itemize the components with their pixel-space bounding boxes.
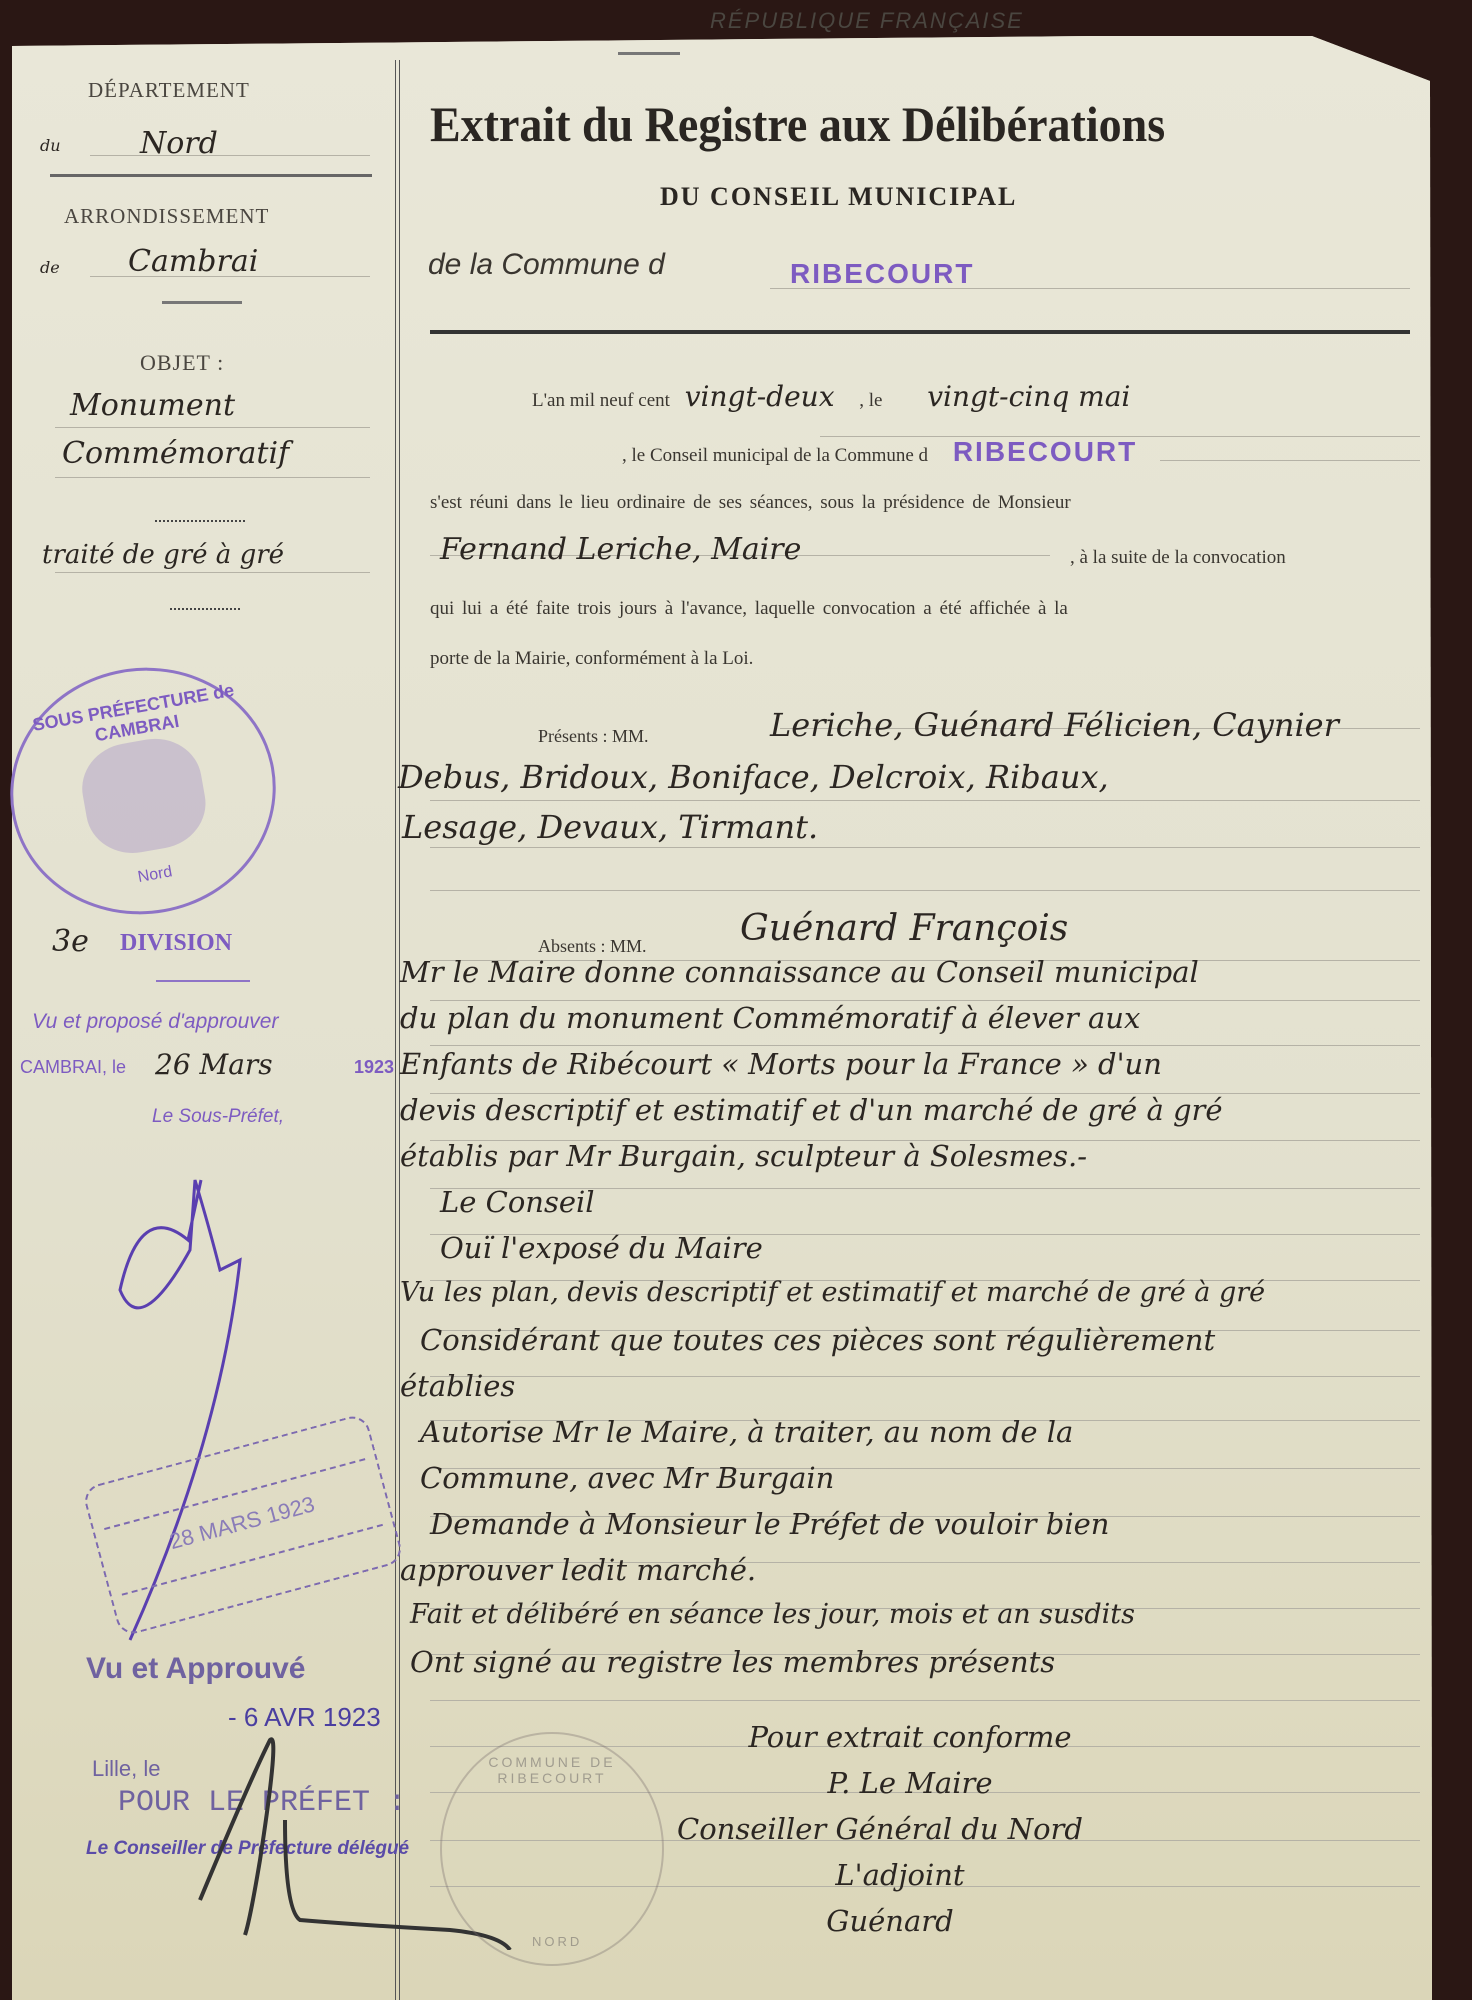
arrondissement-value: Cambrai (128, 244, 258, 279)
deliberation-line: Considérant que toutes ces pièces sont r… (400, 1323, 1430, 1369)
mairie-seal-sub: NORD (532, 1934, 582, 1949)
line2-printed: , le Conseil municipal de la Commune d (622, 445, 928, 466)
deliberation-line: Vu les plan, devis descriptif et estimat… (400, 1277, 1430, 1323)
deliberation-line: du plan du monument Commémoratif à éleve… (400, 1001, 1430, 1047)
deliberation-line: Mr le Maire donne connaissance au Consei… (400, 955, 1430, 1001)
deliberation-line: Ont signé au registre les membres présen… (400, 1645, 1430, 1691)
arrondissement-rule (162, 301, 242, 304)
line1-hand-year: vingt-deux (685, 380, 835, 413)
body-line-4-hand: Fernand Leriche, Maire (440, 532, 801, 567)
deliberation-line: approuver ledit marché. (400, 1553, 1430, 1599)
absents-hand: Guénard François (740, 908, 1068, 949)
propose-text: Vu et proposé d'approuver (32, 1010, 278, 1034)
cambrai-year: 1923 (354, 1057, 394, 1078)
line1-printed-a: L'an mil neuf cent (532, 390, 670, 411)
departement-rule (50, 174, 372, 177)
closing-line: Conseiller Général du Nord (580, 1812, 1180, 1858)
seal-sub: Nord (137, 863, 174, 887)
division-rule (156, 980, 250, 982)
deliberation-line: devis descriptif et estimatif et d'un ma… (400, 1093, 1430, 1139)
deliberation-line: établis par Mr Burgain, sculpteur à Sole… (400, 1139, 1430, 1185)
closing-line: P. Le Maire (640, 1766, 1180, 1812)
received-stamp-date: 28 MARS 1923 (167, 1491, 318, 1555)
departement-label: DÉPARTEMENT (88, 78, 250, 103)
deliberation-line: Commune, avec Mr Burgain (400, 1461, 1430, 1507)
commune-label: de la Commune d (428, 248, 665, 282)
presents-line-3: Lesage, Devaux, Tirmant. (402, 808, 818, 846)
lille-label: Lille, le (92, 1756, 160, 1782)
presents-line-2: Debus, Bridoux, Boniface, Delcroix, Riba… (398, 758, 1109, 796)
seal-emblem-icon (75, 731, 212, 860)
presents-label: Présents : MM. (538, 726, 649, 747)
objet-squiggle-2 (170, 608, 240, 610)
objet-line-1: Monument (70, 388, 235, 423)
closing-block: Pour extrait conforme P. Le Maire Consei… (580, 1720, 1180, 1950)
objet-line-3: traité de gré à gré (42, 540, 284, 570)
body-line-6: porte de la Mairie, conformément à la Lo… (430, 648, 753, 670)
document-title: Extrait du Registre aux Délibérations (430, 95, 1165, 153)
line1-printed-b: , le (859, 390, 882, 411)
division-label: DIVISION (120, 930, 232, 957)
approved-label: Vu et Approuvé (86, 1652, 305, 1686)
body-line-5: qui lui a été faite trois jours à l'avan… (430, 598, 1068, 620)
cambrai-date-hand: 26 Mars (155, 1048, 273, 1081)
body-line-4-printed: , à la suite de la convocation (1070, 547, 1286, 569)
header-rule (430, 330, 1410, 334)
closing-line: Pour extrait conforme (640, 1720, 1180, 1766)
arrondissement-label: ARRONDISSEMENT (64, 204, 269, 229)
deliberation-text: Mr le Maire donne connaissance au Consei… (400, 955, 1430, 1691)
cambrai-date-prefix: CAMBRAI, le (20, 1057, 126, 1078)
closing-line: L'adjoint (620, 1858, 1180, 1904)
division-number: 3e (52, 924, 89, 959)
republic-heading: RÉPUBLIQUE FRANÇAISE (710, 8, 1024, 34)
line2-stamp: RIBECOURT (953, 436, 1137, 467)
document-subtitle: DU CONSEIL MUNICIPAL (660, 182, 1017, 212)
body-line-3: s'est réuni dans le lieu ordinaire de se… (430, 492, 1071, 514)
departement-prefix: du (40, 136, 61, 155)
deliberation-line: Demande à Monsieur le Préfet de vouloir … (400, 1507, 1430, 1553)
objet-squiggle (155, 520, 245, 522)
line1-hand-date: vingt-cinq mai (927, 380, 1130, 413)
adjoint-signature: Guénard (600, 1904, 1180, 1950)
deliberation-line: Fait et délibéré en séance les jour, moi… (400, 1599, 1430, 1645)
deliberation-line: Autorise Mr le Maire, à traiter, au nom … (400, 1415, 1430, 1461)
arrondissement-prefix: de (40, 258, 60, 277)
absents-label: Absents : MM. (538, 936, 647, 957)
deliberation-line: Le Conseil (400, 1185, 1430, 1231)
deliberation-line: Ouï l'exposé du Maire (400, 1231, 1430, 1277)
objet-label: OBJET : (140, 350, 224, 376)
presents-line-1: Leriche, Guénard Félicien, Caynier (770, 706, 1339, 744)
body-line-1: L'an mil neuf cent vingt-deux , le vingt… (532, 380, 1130, 413)
objet-line-2: Commémoratif (62, 436, 289, 471)
deliberation-line: Enfants de Ribécourt « Morts pour la Fra… (400, 1047, 1430, 1093)
republic-rule (618, 52, 680, 55)
deliberation-line: établies (400, 1369, 1430, 1415)
commune-stamp: RIBECOURT (790, 258, 974, 290)
sous-prefet-label: Le Sous-Préfet, (152, 1106, 284, 1128)
body-line-2: , le Conseil municipal de la Commune d R… (622, 436, 1137, 468)
